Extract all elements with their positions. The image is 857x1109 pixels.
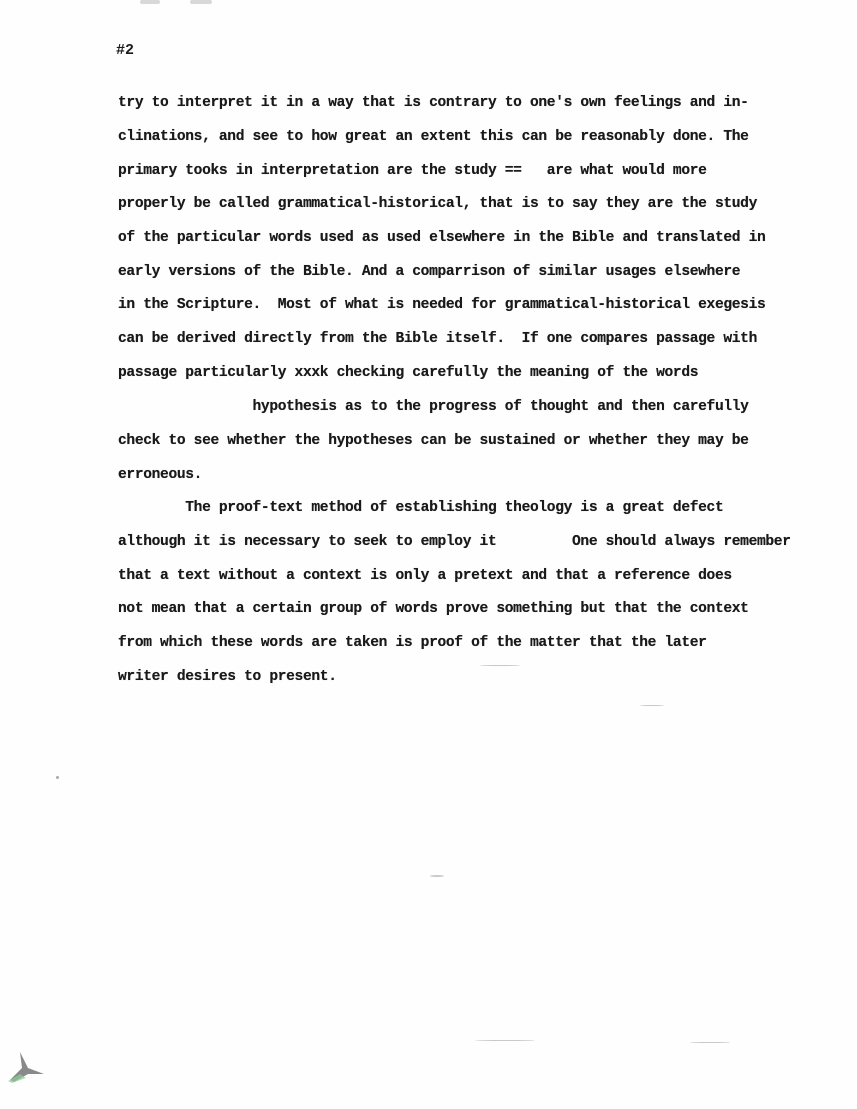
scan-smudge: [140, 0, 160, 4]
scan-artifact-icon: [6, 1048, 48, 1084]
text-line: primary tooks in interpretation are the …: [118, 162, 707, 180]
text-line: properly be called grammatical-historica…: [118, 195, 757, 213]
text-line: of the particular words used as used els…: [118, 229, 765, 247]
text-line: erroneous.: [118, 466, 202, 484]
scan-speck: [480, 665, 520, 666]
text-line: clinations, and see to how great an exte…: [118, 128, 749, 146]
scan-speck: [690, 1042, 730, 1043]
scanned-page: #2 try to interpret it in a way that is …: [0, 0, 857, 1109]
text-line: The proof-text method of establishing th…: [118, 499, 723, 517]
page-number: #2: [116, 42, 134, 59]
text-line: although it is necessary to seek to empl…: [118, 533, 791, 551]
text-line: passage particularly xxxk checking caref…: [118, 364, 698, 382]
text-line: hypothesis as to the progress of thought…: [118, 398, 749, 416]
text-line: check to see whether the hypotheses can …: [118, 432, 749, 450]
scan-speck: [430, 875, 444, 877]
scan-speck: [475, 1040, 535, 1041]
text-line: writer desires to present.: [118, 668, 337, 686]
text-line: can be derived directly from the Bible i…: [118, 330, 757, 348]
scan-smudge: [190, 0, 212, 4]
text-line: in the Scripture. Most of what is needed…: [118, 296, 765, 314]
scan-speck: [640, 705, 664, 706]
scan-speck: [56, 776, 59, 779]
text-line: not mean that a certain group of words p…: [118, 600, 749, 618]
text-line: from which these words are taken is proo…: [118, 634, 707, 652]
text-line: early versions of the Bible. And a compa…: [118, 263, 740, 281]
text-line: that a text without a context is only a …: [118, 567, 732, 585]
text-line: try to interpret it in a way that is con…: [118, 94, 749, 112]
